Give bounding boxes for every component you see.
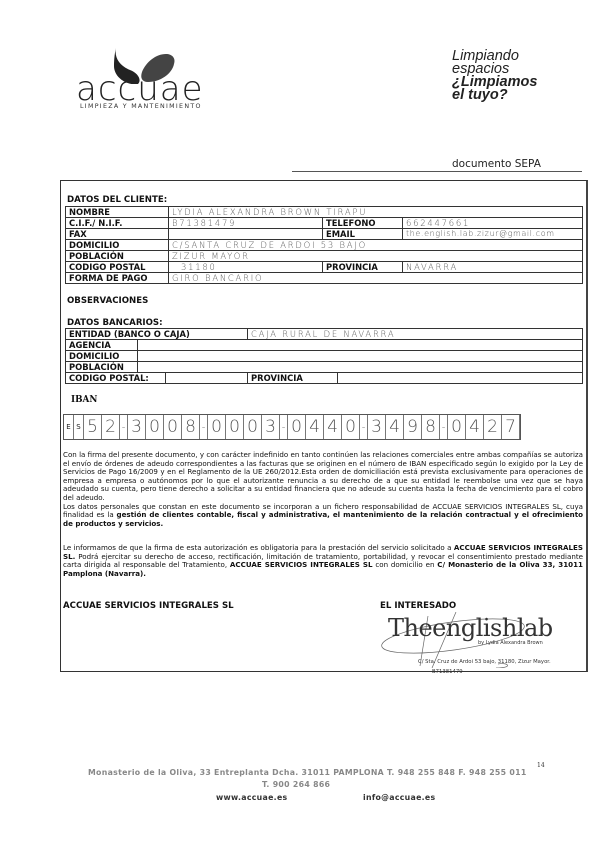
table-row: DOMICILIO C/SANTA CRUZ DE ARDOI 53 BAJO <box>66 240 583 251</box>
table-row: AGENCIA <box>66 340 583 351</box>
bank-domicilio-label: DOMICILIO <box>66 351 138 362</box>
footer-phone: T. 900 264 866 <box>262 780 330 789</box>
iban-digit-cell: 0 <box>208 415 226 439</box>
iban-digit-cell: 8 <box>422 415 440 439</box>
section-title-bancarios: DATOS BANCARIOS: <box>67 318 163 328</box>
section-title-observaciones: OBSERVACIONES <box>67 296 148 306</box>
domicilio-field[interactable]: C/SANTA CRUZ DE ARDOI 53 BAJO <box>169 240 583 251</box>
logo-wordmark: accuae <box>76 72 204 106</box>
cp-label: CODIGO POSTAL <box>66 262 169 273</box>
table-row: DOMICILIO <box>66 351 583 362</box>
table-row: C.I.F./ N.I.F. B71381479 TELEFONO 662447… <box>66 218 583 229</box>
iban-field[interactable]: ES52-3008-0003-0440-3498-0427 <box>63 414 521 440</box>
iban-separator: - <box>440 415 448 439</box>
email-label: EMAIL <box>323 229 403 240</box>
nombre-field[interactable]: LYDIA ALEXANDRA BROWN TIRAPU <box>169 207 583 218</box>
iban-digit-cell: 3 <box>262 415 280 439</box>
table-row: POBLACIÓN ZIZUR MAYOR <box>66 251 583 262</box>
iban-digit-cell: 3 <box>368 415 386 439</box>
iban-digit-cell: 4 <box>306 415 324 439</box>
provincia-label: PROVINCIA <box>323 262 403 273</box>
slogan-line-4: el tuyo? <box>452 89 537 102</box>
fax-field[interactable] <box>169 229 323 240</box>
bank-data-table: ENTIDAD (BANCO O CAJA) CAJA RURAL DE NAV… <box>65 328 583 384</box>
iban-digit-cell: 0 <box>164 415 182 439</box>
fax-label: FAX <box>66 229 169 240</box>
cif-label: C.I.F./ N.I.F. <box>66 218 169 229</box>
iban-country-cell: S <box>74 415 84 439</box>
iban-digit-cell: 0 <box>244 415 262 439</box>
table-row: ENTIDAD (BANCO O CAJA) CAJA RURAL DE NAV… <box>66 329 583 340</box>
iban-separator: - <box>360 415 368 439</box>
bank-cp-field[interactable] <box>166 373 248 384</box>
bank-provincia-field[interactable] <box>338 373 583 384</box>
iban-digit-cell: 8 <box>182 415 200 439</box>
poblacion-field[interactable]: ZIZUR MAYOR <box>169 251 583 262</box>
logo-tagline: LIMPIEZA Y MANTENIMIENTO <box>80 103 202 110</box>
cif-field[interactable]: B71381479 <box>169 218 323 229</box>
iban-digit-cell: 4 <box>324 415 342 439</box>
iban-separator: - <box>280 415 288 439</box>
iban-digit-cell: 0 <box>342 415 360 439</box>
agencia-label: AGENCIA <box>66 340 138 351</box>
company-signature-label: ACCUAE SERVICIOS INTEGRALES SL <box>63 601 234 611</box>
bank-poblacion-label: POBLACIÓN <box>66 362 138 373</box>
iban-digit-cell: 9 <box>404 415 422 439</box>
iban-label: IBAN <box>71 395 97 405</box>
page-number: 14 <box>537 762 545 769</box>
legal-p3-e: con domicilio en <box>373 560 438 569</box>
slogan: Limpiando espacios ¿Limpiamos el tuyo? <box>452 50 537 102</box>
legal-paragraph-1: Con la firma del presente documento, y c… <box>63 450 583 502</box>
document-type-label: documento SEPA <box>452 158 541 170</box>
iban-digit-cell: 4 <box>466 415 484 439</box>
email-field[interactable]: the.english.lab.zizur@gmail.com <box>403 229 583 240</box>
legal-text-2: Le informamos de que la firma de esta au… <box>63 544 583 578</box>
iban-digit-cell: 0 <box>146 415 164 439</box>
bank-domicilio-field[interactable] <box>138 351 583 362</box>
iban-digit-cell: 4 <box>386 415 404 439</box>
table-row: NOMBRE LYDIA ALEXANDRA BROWN TIRAPU <box>66 207 583 218</box>
telefono-label: TELEFONO <box>323 218 403 229</box>
iban-country-cell: E <box>64 415 74 439</box>
footer-website-link[interactable]: www.accuae.es <box>216 793 287 802</box>
stamp-byline: by Lydia Alexandra Brown <box>478 640 543 646</box>
iban-digit-cell: 5 <box>84 415 102 439</box>
iban-digit-cell: 2 <box>484 415 502 439</box>
provincia-field[interactable]: NAVARRA <box>403 262 583 273</box>
stamp-brand: Theenglishlab <box>388 614 553 642</box>
bank-provincia-label: PROVINCIA <box>248 373 338 384</box>
legal-text: Con la firma del presente documento, y c… <box>63 451 583 528</box>
nombre-label: NOMBRE <box>66 207 169 218</box>
cp-field[interactable]: 31180 <box>169 262 323 273</box>
iban-digit-cell: 0 <box>226 415 244 439</box>
table-row: FORMA DE PAGO GIRO BANCARIO <box>66 273 583 284</box>
bank-cp-label: CODIGO POSTAL: <box>66 373 166 384</box>
forma-pago-label: FORMA DE PAGO <box>66 273 169 284</box>
iban-separator: - <box>200 415 208 439</box>
legal-p3-d: ACCUAE SERVICIOS INTEGRALES SL <box>230 560 373 569</box>
iban-digit-cell: 2 <box>102 415 120 439</box>
domicilio-label: DOMICILIO <box>66 240 169 251</box>
forma-pago-field[interactable]: GIRO BANCARIO <box>169 273 583 284</box>
iban-digit-cell: 7 <box>502 415 520 439</box>
telefono-field[interactable]: 662447661 <box>403 218 583 229</box>
agencia-field[interactable] <box>138 340 583 351</box>
iban-digit-cell: 3 <box>128 415 146 439</box>
table-row: CODIGO POSTAL 31180 PROVINCIA NAVARRA <box>66 262 583 273</box>
table-row: CODIGO POSTAL: PROVINCIA <box>66 373 583 384</box>
iban-digit-cell: 0 <box>448 415 466 439</box>
table-row: FAX EMAIL the.english.lab.zizur@gmail.co… <box>66 229 583 240</box>
iban-separator: - <box>120 415 128 439</box>
client-data-table: NOMBRE LYDIA ALEXANDRA BROWN TIRAPU C.I.… <box>65 206 583 284</box>
bank-poblacion-field[interactable] <box>138 362 583 373</box>
section-title-cliente: DATOS DEL CLIENTE: <box>67 195 167 205</box>
poblacion-label: POBLACIÓN <box>66 251 169 262</box>
table-row: POBLACIÓN <box>66 362 583 373</box>
entidad-label: ENTIDAD (BANCO O CAJA) <box>66 329 248 340</box>
iban-digit-cell: 0 <box>288 415 306 439</box>
stamp-id: B71381479 <box>432 669 463 675</box>
footer-address: Monasterio de la Oliva, 33 Entreplanta D… <box>88 768 527 777</box>
legal-paragraph-2-bold: gestión de clientes contable, fiscal y a… <box>63 510 583 528</box>
stamp-address: C/ Sta. Cruz de Ardoi 53 bajo, 31180, Zi… <box>418 659 551 665</box>
divider <box>292 171 582 172</box>
interested-signature-label: EL INTERESADO <box>380 601 456 611</box>
footer-email-link[interactable]: info@accuae.es <box>363 793 435 802</box>
entidad-field[interactable]: CAJA RURAL DE NAVARRA <box>248 329 583 340</box>
